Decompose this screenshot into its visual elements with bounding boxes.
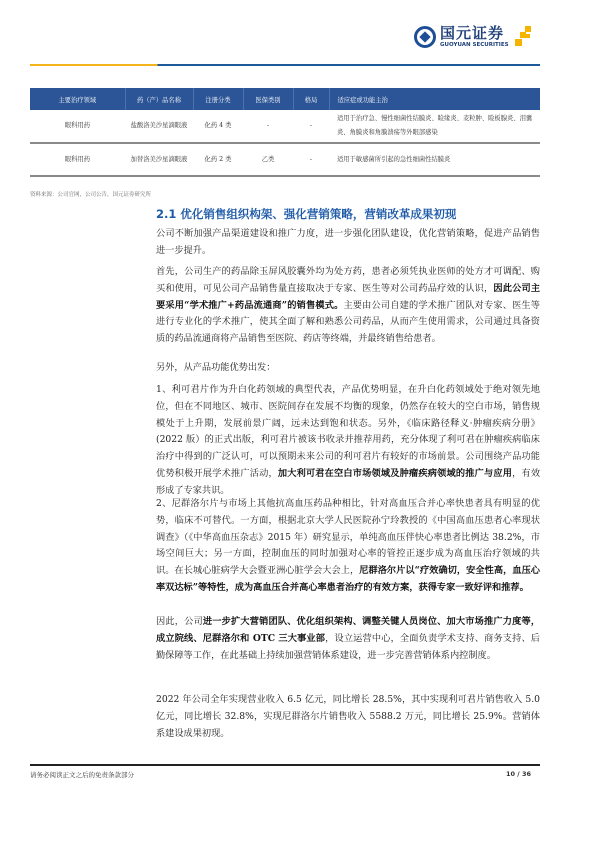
- cell-name: 加替洛美沙星滴眼液: [125, 143, 193, 176]
- cell-category: 化药 4 类: [193, 110, 243, 143]
- paragraph-organization: 因此，公司进一步扩大营销团队、优化组织架构、调整关键人员岗位、加大市场推广力度等…: [156, 614, 540, 664]
- cell-category: 化药 2 类: [193, 143, 243, 176]
- cell-area: 眼科用药: [30, 110, 125, 143]
- logo-squares-icon: [513, 26, 533, 48]
- paragraph-emphasis: 加大利可君在空白市场领域及肿瘤疾病领域的推广与应用: [278, 468, 512, 479]
- cell-landscape: -: [293, 143, 329, 176]
- cell-area: 眼科用药: [30, 143, 125, 176]
- table-source-note: 资料来源：公司官网，公司公告，国元证券研究所: [30, 190, 151, 198]
- page-number: 10 / 36: [506, 770, 531, 778]
- cell-indication: 适用于敏感菌所引起的急性细菌性结膜炎: [329, 143, 540, 176]
- table-row: 眼科用药 加替洛美沙星滴眼液 化药 2 类 乙类 - 适用于敏感菌所引起的急性细…: [30, 143, 540, 176]
- col-header-landscape: 格局: [293, 88, 329, 110]
- cell-insurance: -: [243, 110, 293, 143]
- col-header-area: 主要治疗领域: [30, 88, 125, 110]
- company-logo: 国元证券 GUOYUAN SECURITIES: [414, 22, 554, 52]
- section-title: 2.1 优化销售组织构架、强化营销策略，营销改革成果初现: [156, 206, 456, 222]
- paragraph-sales-model: 首先，公司生产的药品除玉屏风胶囊外均为处方药，患者必须凭执业医师的处方才可调配、…: [156, 264, 540, 348]
- header-divider: [30, 64, 540, 66]
- table-row: 眼科用药 盐酸洛美沙星滴眼液 化药 4 类 - - 适用于治疗急、慢性细菌性结膜…: [30, 110, 540, 143]
- logo-chinese-name: 国元证券: [440, 26, 509, 41]
- paragraph-text: 因此，公司: [156, 616, 203, 627]
- col-header-insurance: 医保类别: [243, 88, 293, 110]
- paragraph-intro: 公司不断加强产品渠道建设和推广力度，进一步强化团队建设，优化营销策略，促进产品销…: [156, 226, 540, 260]
- cell-indication: 适用于治疗急、慢性细菌性结膜炎、睑缘炎、麦粒肿、睑板腺炎、泪囊炎、角膜炎和角膜溃…: [329, 110, 540, 143]
- col-header-indication: 适应症或功能主治: [329, 88, 540, 110]
- cell-name: 盐酸洛美沙星滴眼液: [125, 110, 193, 143]
- cell-landscape: -: [293, 110, 329, 143]
- footer-divider: [30, 764, 540, 766]
- col-header-name: 药（产）品名称: [125, 88, 193, 110]
- drug-table: 主要治疗领域 药（产）品名称 注册分类 医保类别 格局 适应症或功能主治 眼科用…: [30, 88, 540, 177]
- col-header-category: 注册分类: [193, 88, 243, 110]
- paragraph-revenue: 2022 年公司全年实现营业收入 6.5 亿元，同比增长 28.5%，其中实现利…: [156, 692, 540, 742]
- paragraph-niqunluoer: 2、尼群洛尔片与市场上其他抗高血压药品种相比，针对高血压合并心率快患者具有明显的…: [156, 496, 540, 597]
- paragraph-text: 1、利可君片作为升白化药领域的典型代表，产品优势明显，在升白化药领域处于绝对领先…: [156, 384, 540, 479]
- cell-insurance: 乙类: [243, 143, 293, 176]
- paragraph-text: 首先，公司生产的药品除玉屏风胶囊外均为处方药，患者必须凭执业医师的处方才可调配、…: [156, 266, 540, 294]
- logo-english-name: GUOYUAN SECURITIES: [440, 43, 509, 49]
- footer-disclaimer: 请务必阅读正文之后的免责条款部分: [30, 770, 134, 779]
- paragraph-advantage-intro: 另外，从产品功能优势出发：: [156, 360, 540, 377]
- logo-mark-icon: [414, 26, 436, 48]
- paragraph-likejun: 1、利可君片作为升白化药领域的典型代表，产品优势明显，在升白化药领域处于绝对领先…: [156, 382, 540, 500]
- table-header-row: 主要治疗领域 药（产）品名称 注册分类 医保类别 格局 适应症或功能主治: [30, 88, 540, 110]
